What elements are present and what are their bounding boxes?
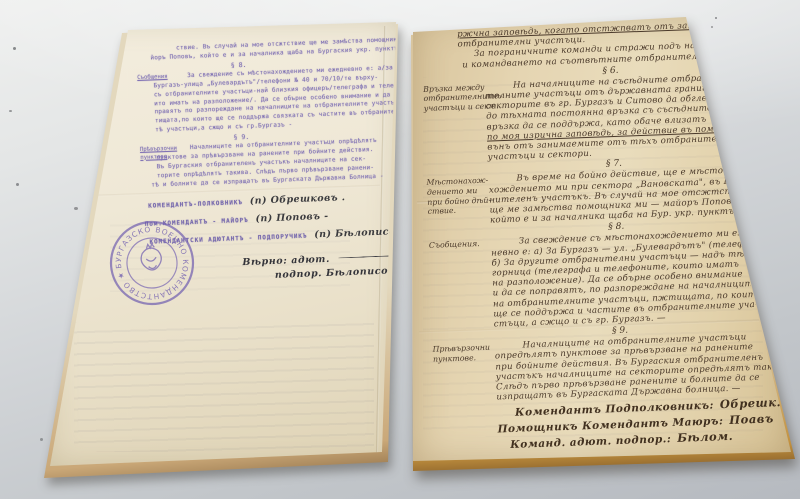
dust-speck — [16, 183, 19, 186]
text-line: невно е: а) За Бургазъ — ул. „Булевардът… — [491, 237, 789, 258]
marginal-line: Мѣстонахож- — [426, 176, 486, 188]
signature-row: КОМЕНДАНТЪ-ПОЛКОВНИКЪ(п) Обрешковъ . — [144, 189, 412, 217]
marginal-note: Мѣстонахож-дението мипри бойно дѣй-ствие… — [426, 176, 487, 217]
marginal-note: Връзка междуотбранителнитѣучастъци и сек… — [423, 83, 484, 114]
text-line: На началниците на съсѣдните отбрани- — [485, 71, 783, 92]
svg-text:БУРГАЗСКО ВОЕННО КОМЕНДАНТСТВО: БУРГАЗСКО ВОЕННО КОМЕНДАНТСТВО ★ — [108, 219, 196, 307]
paragraph: СъобщенияЗа свеждение съ мѣстонахождение… — [139, 64, 409, 137]
signature-name: (п) Поповъ - — [255, 211, 328, 225]
signature-row: Помощникъ Комендантъ Маюръ:Поавъ — [497, 410, 795, 437]
left-document: ствие. Въ случай на мое отсжтствие ще ме… — [50, 22, 396, 466]
marginal-line: участъци и сект. — [424, 102, 484, 114]
signature-name: (п) Обрешковъ . — [250, 192, 346, 207]
text-line: телните участъци отъ държавната граница … — [485, 81, 783, 102]
signature-name: Обрешк. — [720, 395, 782, 411]
text-line: йоръ Поповъ, който е и за началника щаба… — [138, 45, 406, 64]
text-line: тищата,по които ще се поддържа связката … — [155, 108, 409, 127]
section-mark: § 7. — [426, 152, 786, 177]
paragraph: Съобщения.За свеждение съ мѣстонахождени… — [429, 227, 792, 332]
photo-surface: ствие. Въ случай на мое отсжтствие ще ме… — [0, 0, 800, 499]
official-stamp: БУРГАЗСКО ВОЕННО КОМЕНДАНТСТВО ★ — [100, 211, 204, 315]
marginal-line: пунктове. — [433, 352, 493, 364]
text-line: Началниците на отбранителните участъци о… — [156, 136, 410, 155]
signature-row: КОМЕНДАНТСКИ АДЮТАНТЪ - ПОДПОРУЧИКЪ(п) Б… — [145, 225, 413, 253]
signature-row: Комендантъ Подполковникъ:Обрешк. — [515, 394, 795, 420]
ghost-text — [110, 222, 350, 292]
dust-speck — [715, 17, 717, 19]
paragraph: Прѣвързочнипунктове.Началниците на отбра… — [432, 331, 794, 405]
paper-crease — [80, 185, 380, 197]
section-mark: § 6. — [422, 59, 782, 84]
paragraph: ПрѣвързочнипунктовеНачалниците на отбран… — [142, 136, 411, 182]
marginal-line: пунктове — [140, 153, 190, 162]
marginal-note: Съобщения. — [429, 239, 489, 251]
text-line: За пограничните команди и стражи подъ на… — [422, 38, 782, 61]
marginal-line: Съобщения. — [429, 239, 489, 251]
paragraph: Мѣстонахож-дението мипри бойно дѣй-ствие… — [426, 164, 788, 228]
text-line: вънъ отъ занимаемите отъ тѣхъ отбранител… — [487, 132, 785, 153]
marginal-note: Прѣвързочнипунктове. — [433, 343, 494, 364]
text-line: и да се поправятъ, по разпореждане на на… — [493, 278, 791, 299]
marginal-note: Прѣвързочнипунктове — [140, 145, 191, 162]
text-line: Въ Бургаския отбранителенъ участъкъ нача… — [157, 154, 411, 173]
stamp-outer-ring — [105, 216, 200, 311]
text-line: опредѣлятъ пунктове за прѣвързване на ра… — [495, 341, 793, 362]
stamp-inner-ring — [123, 234, 181, 292]
text-line: торите опрѣдѣлятъ такива. Слѣдъ първо пр… — [157, 162, 411, 181]
paragraph: Връзка междуотбранителнитѣучастъци и сек… — [423, 71, 786, 166]
stamp-ring-text: БУРГАЗСКО ВОЕННО КОМЕНДАНТСТВО ★ — [108, 219, 196, 307]
text-line: Слѣдъ първо прѣвързване ранените и болни… — [496, 372, 794, 393]
pen-stroke — [338, 254, 416, 258]
signature-block: КОМЕНДАНТЪ-ПОЛКОВНИКЪ(п) Обрешковъ .Пом.… — [144, 189, 414, 253]
text-line: пунктове за прѣвързване на ранените при … — [156, 145, 410, 164]
signature-label: Помощникъ Комендантъ Маюръ: — [497, 415, 723, 435]
text-line: на разположение). Да се обърне особено в… — [492, 268, 790, 289]
text-line: ствие. Въ случай на мое отсжтствие ще ме… — [138, 36, 406, 55]
section-mark: § 8. — [139, 54, 407, 74]
text-line: Въ време на бойно действие, ще е мѣстона… — [488, 164, 786, 185]
marginal-line: Прѣвързочни — [140, 145, 190, 154]
paper-crease — [417, 189, 787, 204]
marginal-line: ствие. — [427, 205, 487, 217]
marginal-line: Прѣвързочни — [433, 343, 493, 355]
signature-name: Поавъ — [729, 411, 774, 427]
text-line: нителенъ участъкъ. Въ случай на мое отсж… — [489, 185, 787, 206]
text-line: За свеждение съ мѣстонахождението ми еже… — [153, 64, 407, 83]
text-line: секторите въ гр. Бургазъ и Ситово да обг… — [486, 91, 784, 112]
fold-line — [376, 26, 386, 460]
signature-row: Пом.КОМЕНДАНТЪ - МАЙОРЪ(п) Поповъ - — [145, 207, 413, 235]
left-document-content: ствие. Въ случай на мое отсжтствие ще ме… — [138, 36, 415, 289]
section-mark: § 8. — [428, 215, 788, 240]
certification-line: Вѣрно: адют. — [242, 250, 414, 271]
right-document: ржчна заповѣдь, когато отстжпватъ отъ за… — [413, 17, 791, 461]
left-document-underpages — [44, 24, 398, 478]
dust-speck — [9, 110, 12, 112]
ghost-text — [423, 77, 763, 437]
signature-row: Команд. адют. подпор.:Бѣлом. — [510, 426, 796, 452]
text-line: на отбранителните участъци, пжтищата, по… — [493, 288, 791, 309]
section-mark: § 9. — [432, 319, 792, 344]
dust-speck — [711, 26, 713, 28]
certification-text: Вѣрно: адют. — [242, 253, 330, 267]
marginal-note: Съобщения — [137, 73, 187, 82]
signature-name: Бѣлом. — [677, 428, 733, 444]
signature-block: Комендантъ Подполковникъ:Обрешк.Помощник… — [435, 394, 797, 455]
dust-speck — [40, 438, 43, 441]
paper-crease — [419, 319, 787, 334]
marginal-line: Връзка между — [423, 83, 483, 95]
signature-label: КОМЕНДАНТСКИ АДЮТАНТЪ - ПОДПОРУЧИКЪ — [149, 232, 307, 245]
marginal-line: дението ми — [427, 186, 487, 198]
right-document-content: ржчна заповѣдь, когато отстжпватъ отъ за… — [421, 18, 796, 455]
marginal-line: отбранителнитѣ — [423, 92, 483, 104]
text-line: ще се поддържа и частите въ отбранителни… — [493, 298, 791, 319]
text-line: б) За другите отбранителни участъци — на… — [491, 248, 789, 269]
text-line: хождението ми при сектора „Вановската", … — [489, 174, 787, 195]
text-line: съ отбранителните участъци-най близкия о… — [154, 81, 408, 100]
section-mark: § 9. — [141, 126, 409, 146]
text-line: отбранителни участъци. — [421, 28, 781, 51]
signature-label: Команд. адют. подпор.: — [510, 433, 671, 451]
text-line: стъци, а сжщо и съ гр. Бургазъ. — — [494, 309, 792, 330]
text-line: горница (телеграфа и телефоните, които и… — [492, 258, 790, 279]
signature-name: (п) Бѣлописовъ — [314, 225, 410, 240]
signature-label: Пом.КОМЕНДАНТЪ - МАЙОРЪ — [145, 217, 249, 228]
text-line: участъци и сектори. — [488, 142, 786, 163]
text-line: при бойните действия. Въ Бургаския отбра… — [495, 351, 793, 372]
certification-text: подпор. Бѣлописовъ — [275, 265, 403, 281]
text-line: ще ме замѣства помощника ми — майоръ Поп… — [489, 195, 787, 216]
text-line: тѣ и болните да се изпращатъ въ Бургаска… — [143, 171, 411, 190]
dust-speck — [74, 207, 78, 210]
text-line: участъкъ началниците на секторите опредѣ… — [496, 361, 794, 382]
right-document-underpage — [411, 19, 795, 471]
text-line: връзка да се поддържа, като обаче влизат… — [486, 111, 784, 132]
text-line: ржчна заповѣдь, когато отстжпватъ отъ за… — [421, 18, 781, 41]
marginal-line: при бойно дѣй- — [427, 195, 487, 207]
stamp-crest — [139, 243, 163, 272]
text-line: по моя изрична заповѣдь, за действие въ … — [487, 122, 785, 143]
signature-label: Комендантъ Подполковникъ: — [515, 399, 714, 418]
text-line: Бургазъ-улица „Булевардътъ"/телефони № 4… — [153, 72, 407, 91]
text-line: ито иматъ на разположение/. Да се обърне… — [154, 90, 408, 109]
text-line: до тѣхната постоянна връзка съ съсѣдните… — [486, 101, 784, 122]
text-line: тѣ участъци,а сжщо и съ гр.Бургазъ - — [155, 117, 409, 136]
ghost-text — [74, 322, 374, 452]
marginal-line: Съобщения — [137, 73, 187, 82]
dust-speck — [13, 47, 16, 50]
text-line: изпращатъ въ Бургаската Държавна болница… — [496, 382, 794, 403]
text-line: и командването на съотвѣтните отбранител… — [422, 48, 782, 71]
text-line: За свеждение съ мѣстонахождението ми еже… — [491, 227, 789, 248]
text-line: Началниците на отбранителните участъци — [494, 331, 792, 352]
text-line: правятъ по разпореждане на началниците н… — [154, 99, 408, 118]
signature-label: КОМЕНДАНТЪ-ПОЛКОВНИКЪ — [148, 199, 243, 210]
certification-line: подпор. Бѣлописовъ — [275, 264, 415, 283]
text-line: който е и за началника щаба на Бур. укр.… — [490, 205, 788, 226]
